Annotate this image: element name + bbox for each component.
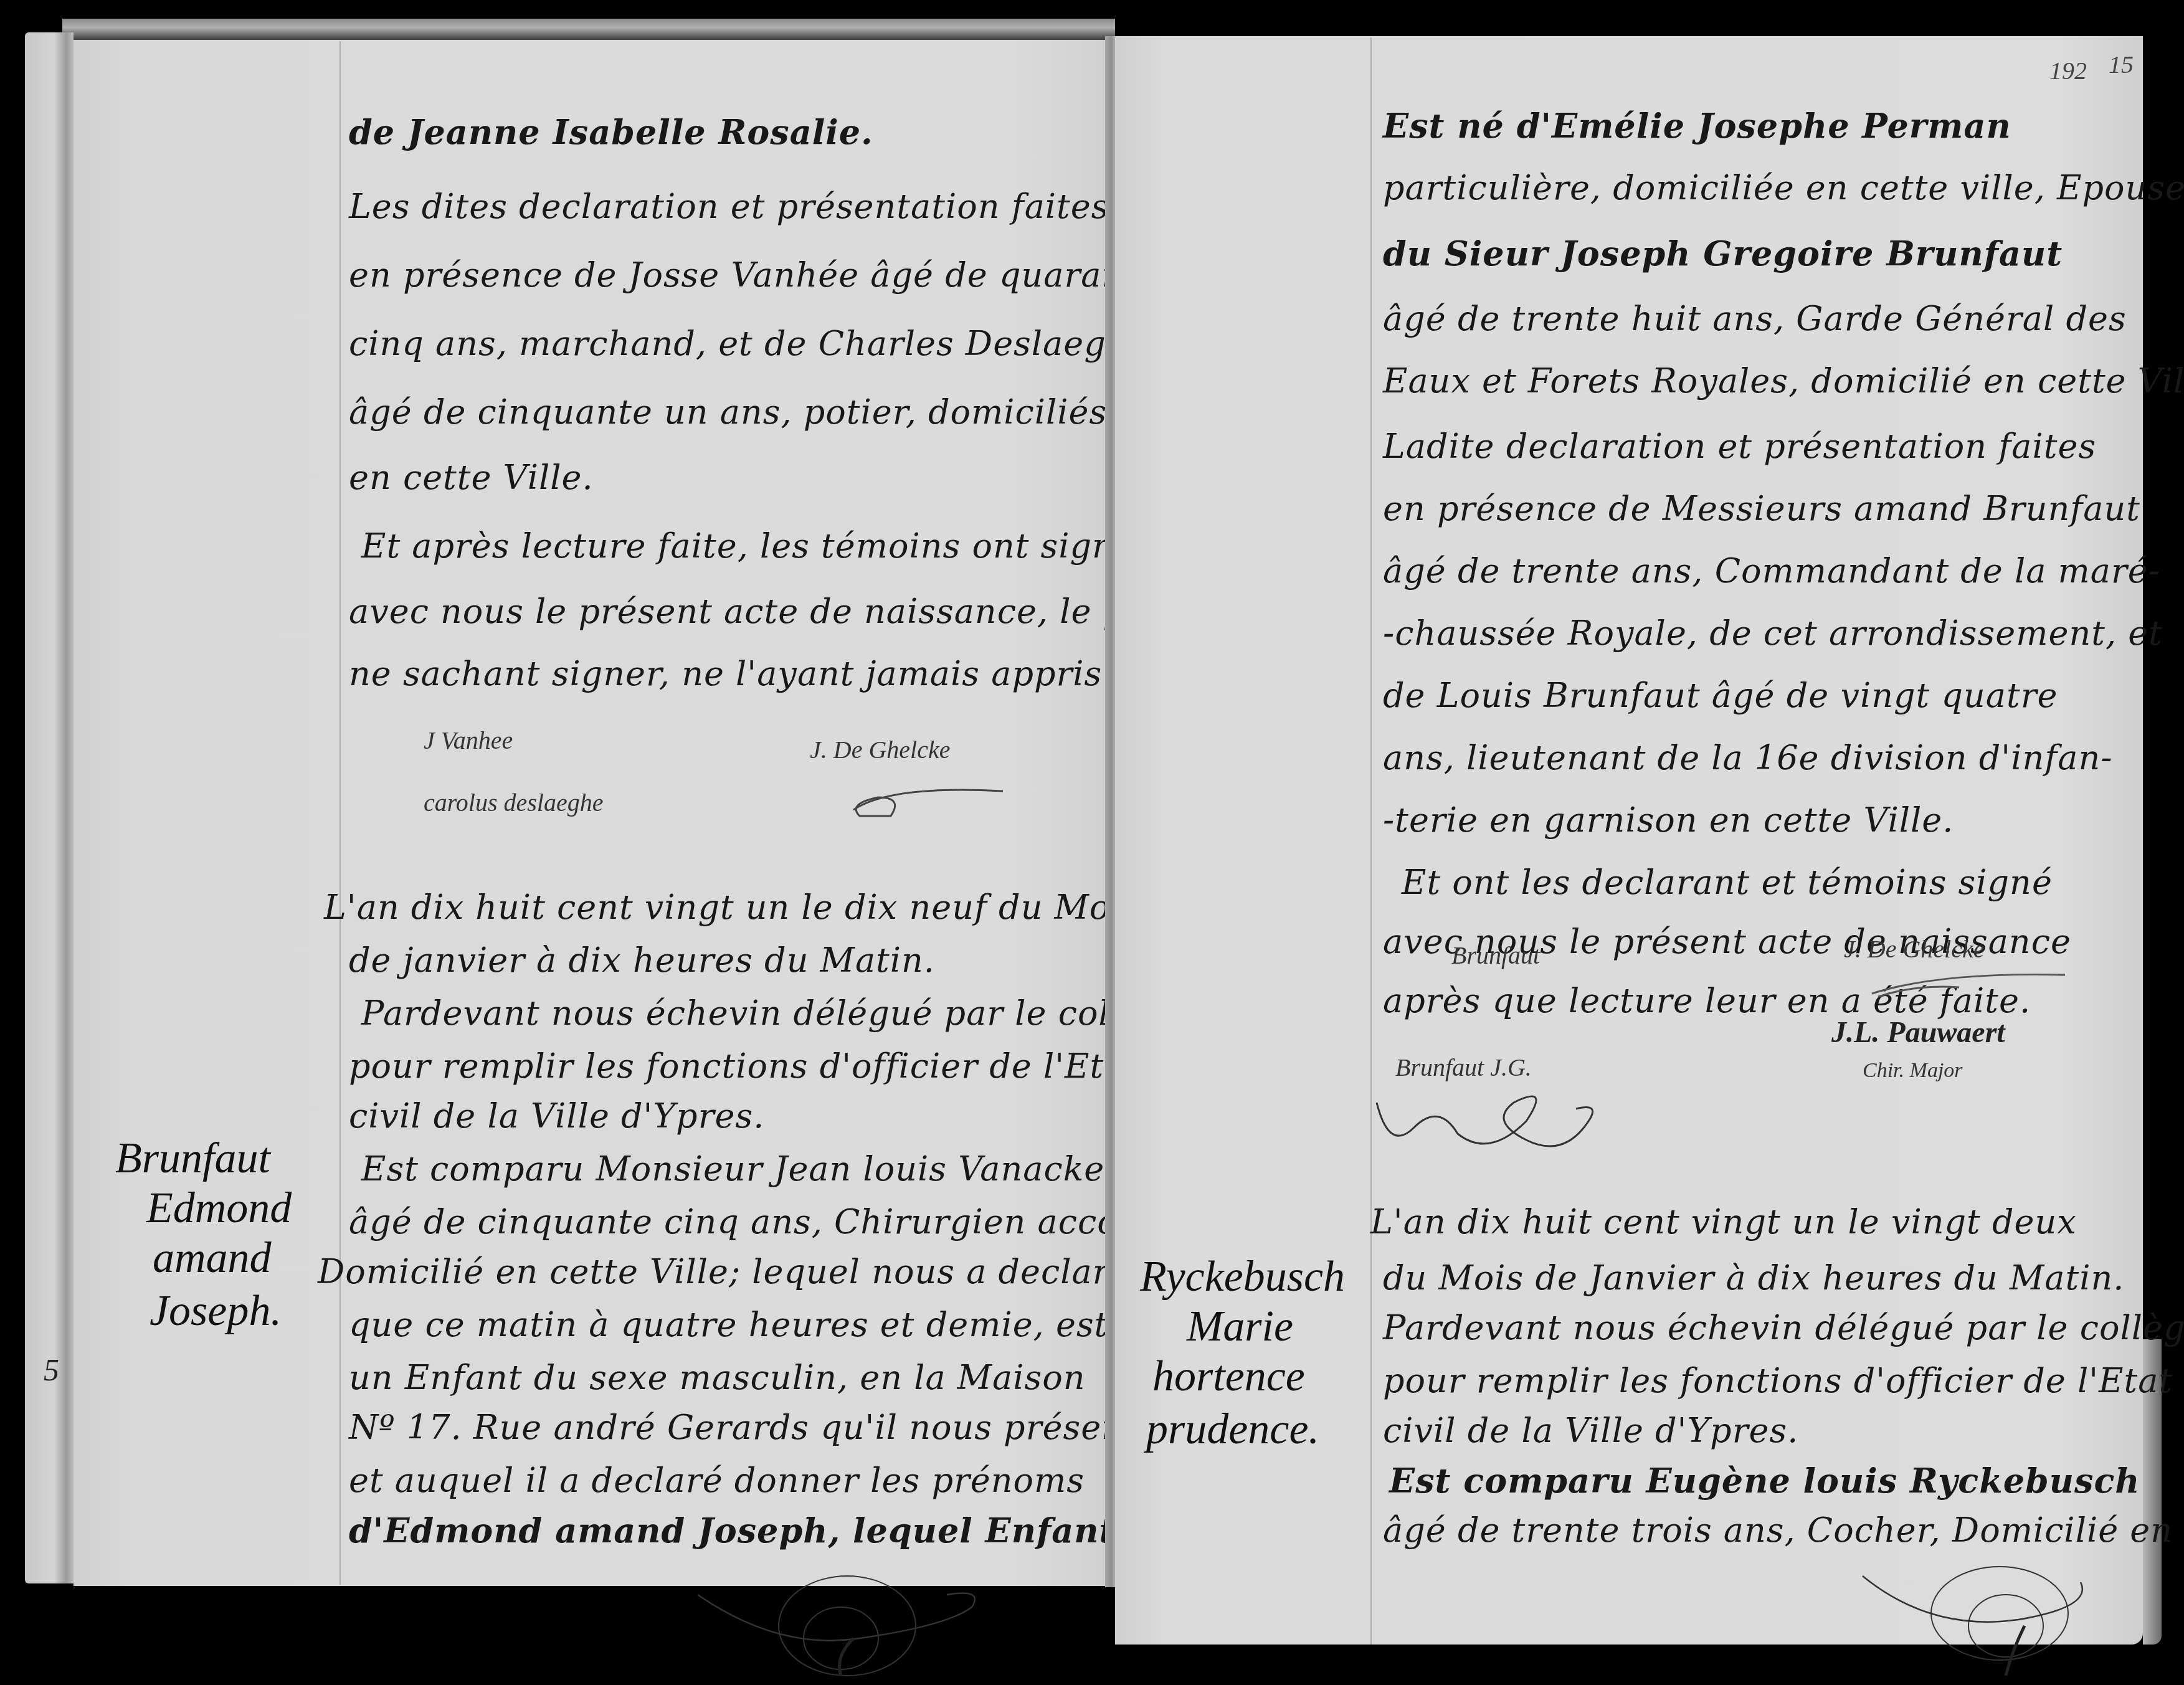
page-end-flourish-icon bbox=[685, 1570, 1034, 1685]
text-line: ans, lieutenant de la 16e division d'inf… bbox=[1383, 738, 2112, 777]
text-line: en cette Ville. bbox=[349, 458, 594, 497]
text-line: Est comparu Eugène louis Ryckebusch bbox=[1389, 1461, 2140, 1501]
margin-name-given: amand bbox=[153, 1233, 272, 1283]
text-line: du Mois de Janvier à dix heures du Matin… bbox=[1383, 1258, 2124, 1298]
margin-name-given: hortence bbox=[1152, 1352, 1305, 1402]
text-line: cinq ans, marchand, et de Charles Deslae… bbox=[349, 324, 1149, 363]
text-line: civil de la Ville d'Ypres. bbox=[349, 1096, 764, 1136]
signature-brunfaut-amand: Brunfaut bbox=[1451, 941, 1540, 970]
text-line: que ce matin à quatre heures et demie, e… bbox=[349, 1305, 1162, 1344]
text-line: Est comparu Monsieur Jean louis Vanacker bbox=[361, 1149, 1121, 1189]
margin-name-given: Marie bbox=[1187, 1302, 1293, 1352]
text-line: d'Edmond amand Joseph, lequel Enfant bbox=[349, 1511, 1115, 1550]
text-line: L'an dix huit cent vingt un le vingt deu… bbox=[1370, 1202, 2077, 1241]
text-line: avec nous le présent acte de naissance, … bbox=[349, 592, 1183, 631]
margin-name-given: Joseph. bbox=[150, 1286, 282, 1336]
text-line: Est né d'Emélie Josephe Perman bbox=[1383, 106, 2011, 146]
text-line: Et après lecture faite, les témoins ont … bbox=[361, 526, 1135, 566]
text-line: de Louis Brunfaut âgé de vingt quatre bbox=[1383, 676, 2058, 715]
text-line: âgé de trente trois ans, Cocher, Domicil… bbox=[1383, 1511, 2184, 1550]
text-line: -chaussée Royale, de cet arrondissement,… bbox=[1383, 614, 2163, 653]
text-line: L'an dix huit cent vingt un le dix neuf … bbox=[324, 888, 1139, 927]
margin-name-given: Edmond bbox=[146, 1184, 292, 1233]
text-line: de Jeanne Isabelle Rosalie. bbox=[349, 112, 873, 152]
right-page bbox=[1115, 36, 2143, 1645]
signature-deslaeghe: carolus deslaeghe bbox=[424, 788, 603, 817]
margin-mark: 5 bbox=[44, 1352, 59, 1388]
book-top-edge bbox=[62, 19, 1115, 41]
text-line: Eaux et Forets Royales, domicilié en cet… bbox=[1383, 361, 2184, 401]
text-line: Et ont les declarant et témoins signé bbox=[1402, 863, 2053, 902]
signature-pauwaert: J.L. Pauwaert bbox=[1831, 1015, 2005, 1050]
page-end-flourish-icon bbox=[1856, 1557, 2118, 1682]
text-line: -terie en garnison en cette Ville. bbox=[1383, 800, 1954, 840]
signature-de-ghelcke: J. De Ghelcke bbox=[810, 735, 950, 764]
text-line: de janvier à dix heures du Matin. bbox=[349, 941, 935, 980]
text-line: Pardevant nous échevin délégué par le co… bbox=[361, 994, 1185, 1033]
folio-annotation: 192 bbox=[2049, 56, 2087, 85]
text-line: civil de la Ville d'Ypres. bbox=[1383, 1411, 1798, 1450]
text-line: âgé de trente ans, Commandant de la maré… bbox=[1383, 551, 2160, 591]
text-line: Pardevant nous échevin délégué par le co… bbox=[1383, 1308, 2184, 1347]
margin-name-given: prudence. bbox=[1146, 1405, 1319, 1455]
text-line: ne sachant signer, ne l'ayant jamais app… bbox=[349, 654, 1114, 693]
text-line: âgé de cinquante un ans, potier, domicil… bbox=[349, 392, 1107, 432]
text-line: en présence de Messieurs amand Brunfaut bbox=[1383, 489, 2140, 528]
margin-name-surname: Ryckebusch bbox=[1140, 1252, 1345, 1302]
text-line: Ladite declaration et présentation faite… bbox=[1383, 427, 2096, 466]
text-line: Les dites declaration et présentation fa… bbox=[349, 187, 1109, 226]
right-page-margin-rule bbox=[1370, 37, 1372, 1645]
text-line: pour remplir les fonctions d'officier de… bbox=[349, 1047, 1139, 1086]
text-line: un Enfant du sexe masculin, en la Maison bbox=[349, 1358, 1086, 1397]
signature-flourish-icon bbox=[1364, 1065, 1626, 1159]
page-number: 15 bbox=[2109, 50, 2134, 79]
text-line: pour remplir les fonctions d'officier de… bbox=[1383, 1361, 2173, 1400]
text-line: particulière, domiciliée en cette ville,… bbox=[1383, 168, 2184, 207]
signature-title: Chir. Major bbox=[1863, 1059, 1963, 1083]
left-page-margin-rule bbox=[339, 41, 341, 1585]
text-line: du Sieur Joseph Gregoire Brunfaut bbox=[1383, 234, 2063, 273]
text-line: Nº 17. Rue andré Gerards qu'il nous prés… bbox=[349, 1408, 1170, 1447]
text-line: et auquel il a declaré donner les prénom… bbox=[349, 1461, 1085, 1500]
margin-name-surname: Brunfaut bbox=[115, 1134, 270, 1184]
text-line: en présence de Josse Vanhée âgé de quara… bbox=[349, 255, 1159, 295]
signature-flourish-icon bbox=[841, 766, 1015, 828]
book-left-edge bbox=[25, 32, 74, 1583]
signature-vanhee: J Vanhee bbox=[424, 726, 513, 755]
text-line: Domicilié en cette Ville; lequel nous a … bbox=[318, 1252, 1130, 1291]
signature-flourish-icon bbox=[1866, 959, 2071, 1003]
text-line: âgé de trente huit ans, Garde Général de… bbox=[1383, 299, 2127, 338]
